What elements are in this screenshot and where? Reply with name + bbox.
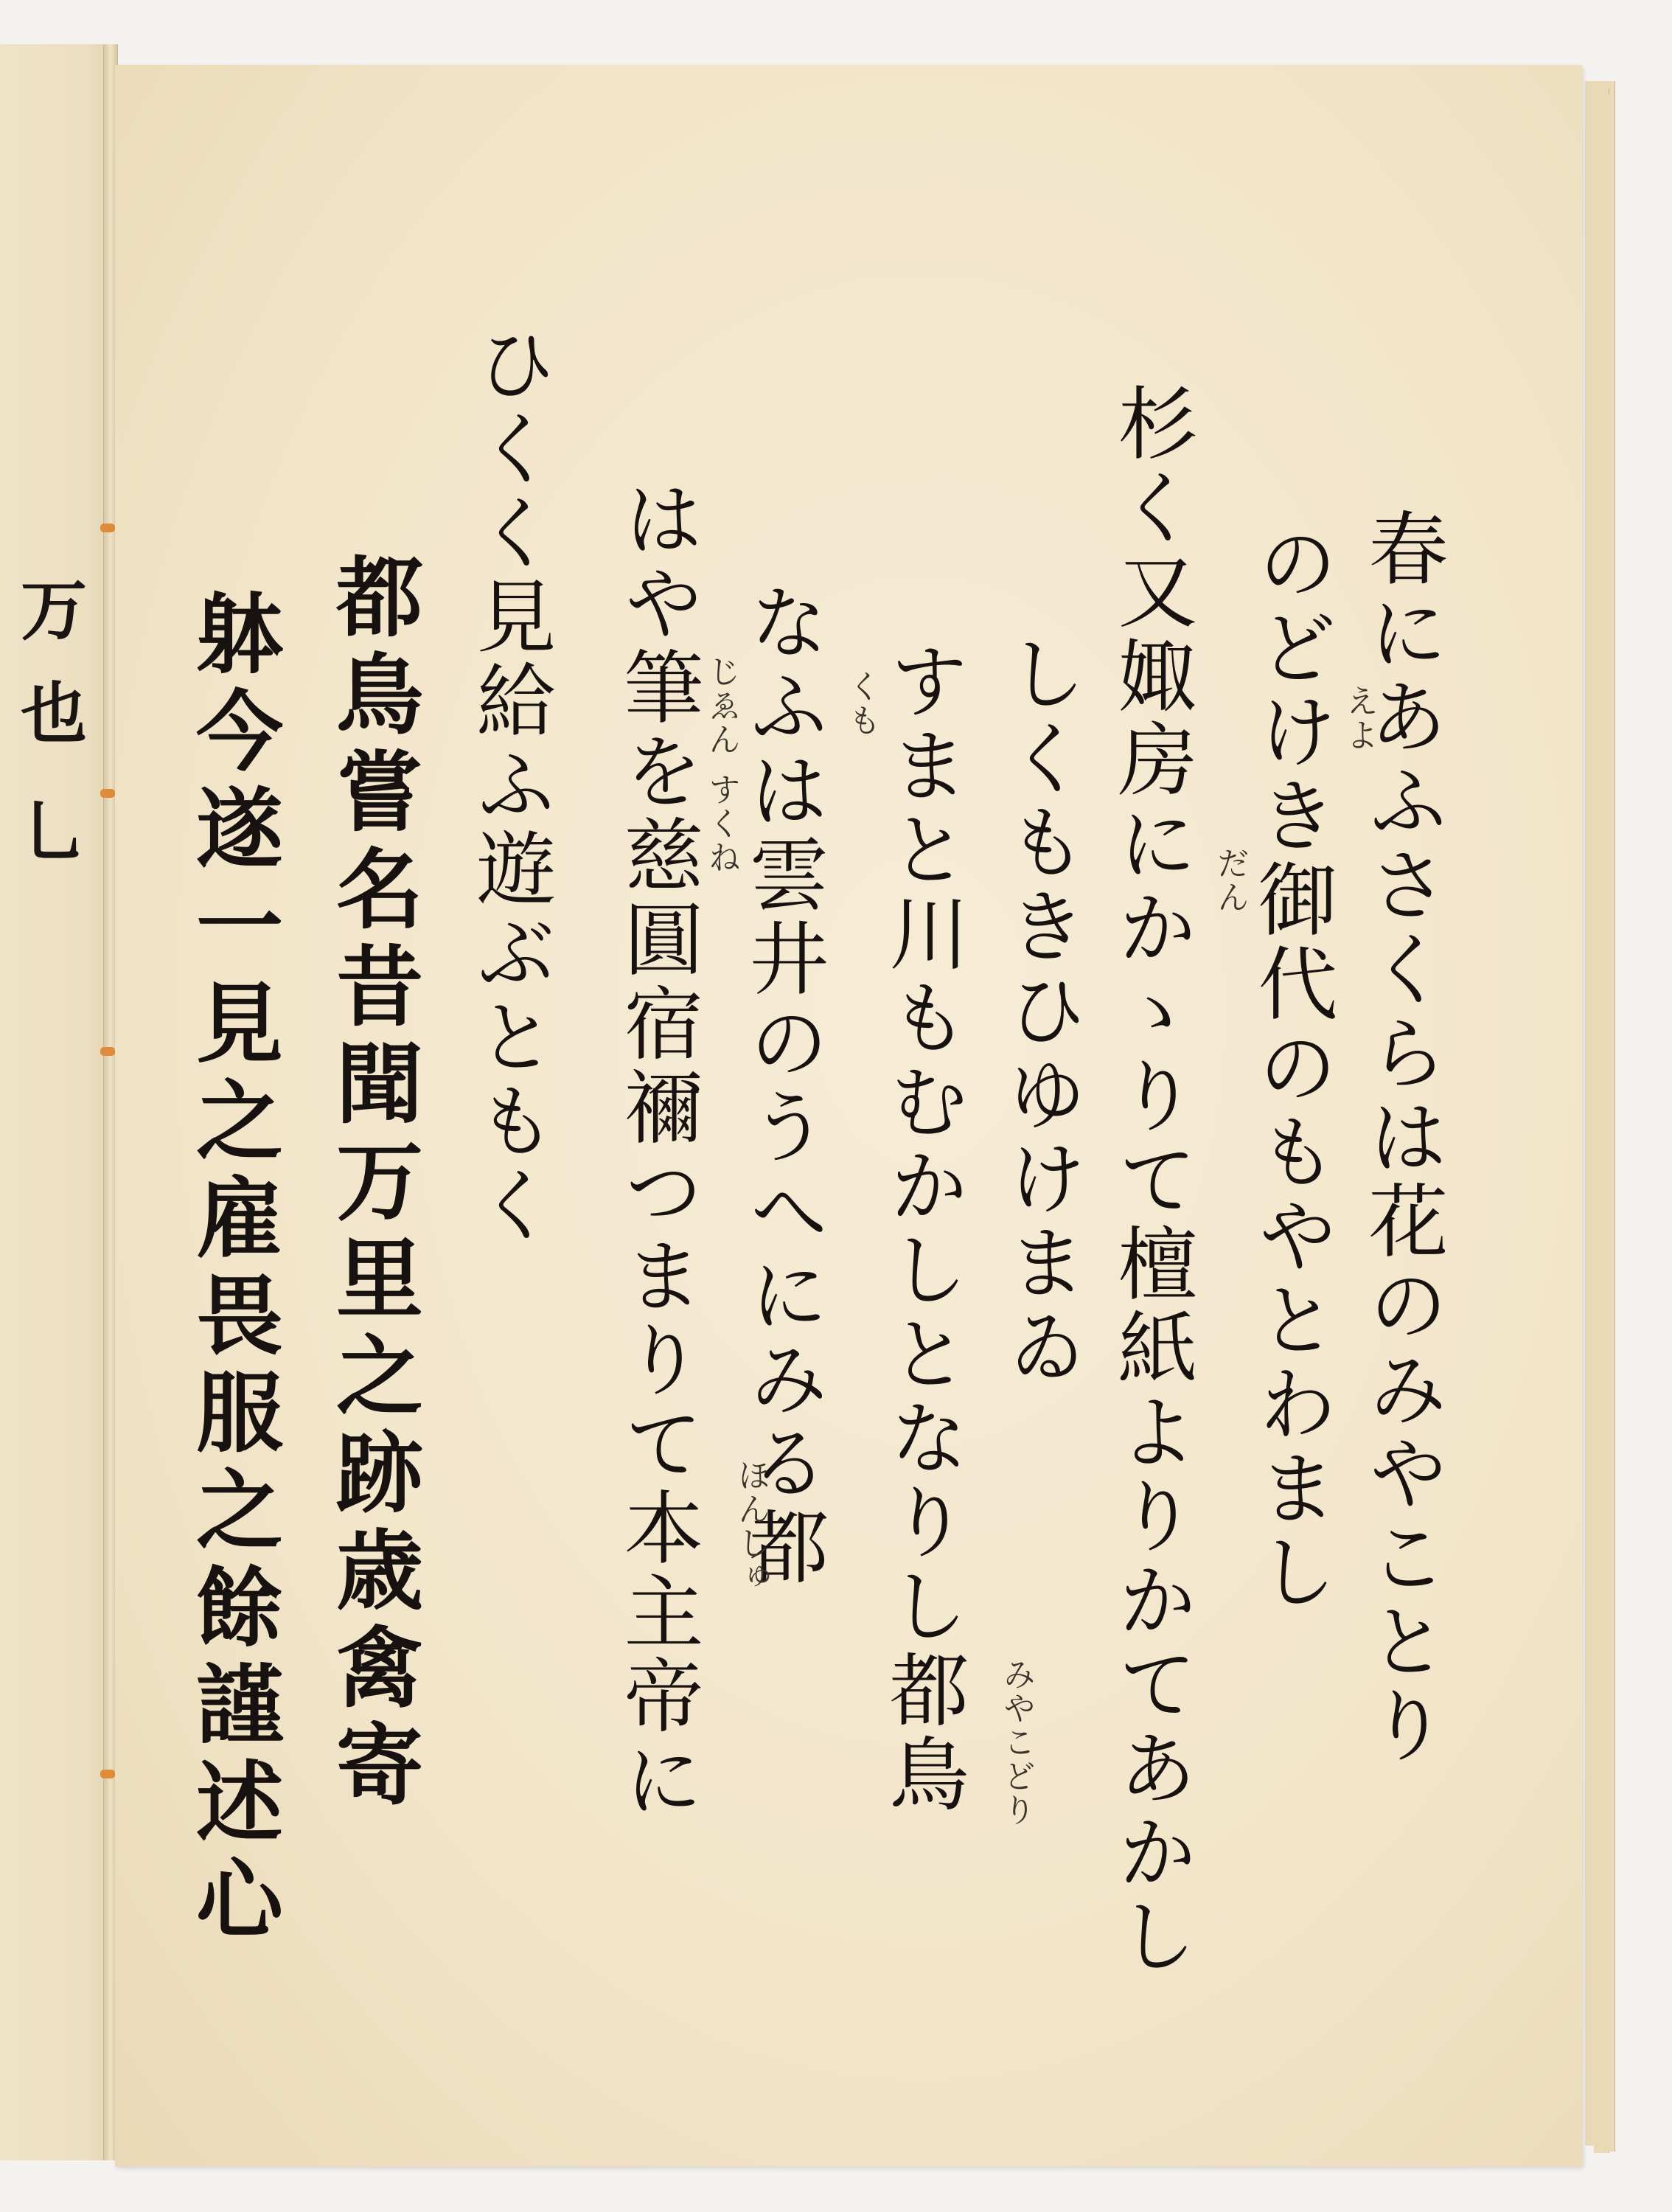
left-page-fragment: 乚	[0, 796, 96, 863]
ruby-annotation: みやこどり	[992, 1658, 1039, 1827]
manuscript-page: 春にあふさくらは花のみやことり のどけき御代のもやとわまし 杉く又娵房にかゝりて…	[115, 65, 1582, 2166]
binding-stitch	[100, 1047, 115, 1056]
text-column-7: はや筆を慈圓宿禰つまりて本主帝に	[616, 478, 696, 1823]
binding-stitch	[100, 524, 115, 532]
ruby-annotation: えよ	[1335, 684, 1382, 752]
binding-stitch	[100, 789, 115, 798]
text-column-4: しくもきひゆけまゐ	[1000, 633, 1079, 1389]
ruby-annotation: くも	[837, 669, 885, 737]
ruby-annotation: じゑん	[697, 655, 745, 757]
ruby-annotation: すくね	[697, 773, 745, 874]
text-column-5: すまと川もむかしとなりし都鳥	[882, 640, 961, 1817]
text-column-10: 躰今遂一見之雇畏服之餘謹述心	[189, 588, 276, 1951]
text-column-8: ひくく見給ふ遊ぶともく	[469, 323, 548, 1248]
ruby-annotation: ほんしゅ	[727, 1458, 774, 1594]
binding-stitch	[100, 1770, 115, 1778]
text-column-2: のどけき御代のもやとわまし	[1250, 522, 1330, 1615]
left-page: 万 也 乚	[0, 44, 107, 2160]
text-column-9: 都鳥嘗名昔聞万里之跡歳禽寄	[329, 552, 416, 1817]
page-edge	[1606, 94, 1615, 2152]
left-page-fragment: 也	[0, 678, 96, 745]
left-page-fragment: 万	[0, 575, 96, 641]
ruby-annotation: だん	[1206, 846, 1253, 914]
text-column-3: 杉く又娵房にかゝりて檀紙よりかてあかし	[1110, 382, 1190, 1979]
text-column-6: なふは雲井のうへにみる都	[742, 581, 821, 1590]
